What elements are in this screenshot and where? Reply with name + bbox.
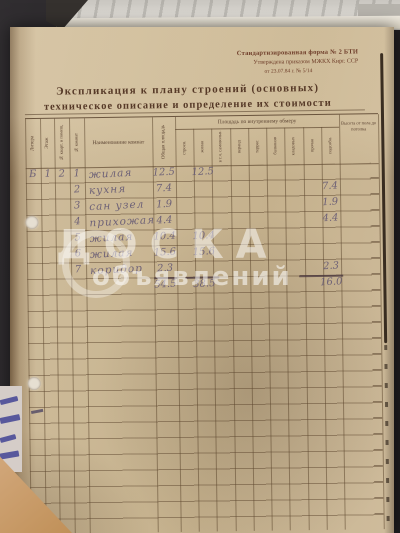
cell-obshch: 2.3 xyxy=(147,262,183,275)
column-header-etazh: Этаж xyxy=(40,119,55,168)
blue-ink-stroke xyxy=(0,450,19,459)
subcol-header: строен. xyxy=(175,129,194,166)
form-stamp: Стандартизированная форма № 2 БТИ Утверж… xyxy=(237,48,359,75)
subcol-header: веранд xyxy=(230,128,249,165)
blue-ink-stroke xyxy=(0,434,16,443)
stamp-line1: Стандартизированная форма № 2 БТИ xyxy=(237,48,358,58)
under-paper-blue-marks xyxy=(0,386,22,472)
subcol-header: прочая xyxy=(303,127,322,164)
cell-name: сан узел xyxy=(89,198,145,213)
rows-layer: Б121жилая12.512.52кухня7.47.43сан узел1.… xyxy=(26,163,384,533)
cell-obshch: 54.5 xyxy=(147,278,183,291)
totals-rule xyxy=(154,277,177,279)
cell-zhil: 10.4 xyxy=(185,230,221,243)
cell-obshch: 12.5 xyxy=(146,166,182,179)
crease-dashes xyxy=(384,345,390,528)
cell-obshch: 10.4 xyxy=(146,230,182,243)
blue-ink-stroke xyxy=(0,396,18,405)
subcol-header: балконов xyxy=(266,127,285,164)
cell-zhil: 15.6 xyxy=(186,246,222,259)
subcol-header: террас xyxy=(248,128,267,165)
cell-obshch: 1.9 xyxy=(146,198,182,211)
cell-name: кухня xyxy=(89,183,127,197)
cell-zhil: 38.5 xyxy=(186,278,222,291)
column-header-litera: Литера xyxy=(25,119,41,168)
column-header-komnat: № комнат xyxy=(69,118,85,167)
subcol-header: в т.ч. самовольн. xyxy=(212,128,231,165)
subcol-headers: строен.жилаяв т.ч. самовольн.верандтерра… xyxy=(175,127,340,166)
table-header: Литера Этаж № кварт. и помещ. № комнат Н… xyxy=(25,114,379,169)
cell-pods: 2.3 xyxy=(313,260,349,273)
subcol-header: жилая xyxy=(193,128,212,165)
subcol-header: подсобн. xyxy=(321,127,340,164)
watermark-logo-icon xyxy=(62,230,130,298)
document-photo: Стандартизированная форма № 2 БТИ Утверж… xyxy=(0,0,400,533)
column-header-obshchaya: Общая площадь xyxy=(152,117,176,166)
stamp-line3: от 23.07.84 г. № 5/14 xyxy=(237,67,358,76)
form-title: Экспликация к плану строений (основных) xyxy=(41,82,335,98)
subcol-header: кладовых xyxy=(284,127,303,164)
cell-pods: 4.4 xyxy=(312,212,348,225)
cell-pods: 7.4 xyxy=(312,180,348,193)
hole-punch xyxy=(28,377,41,390)
cell-obshch: 7.4 xyxy=(146,182,182,195)
cell-zhil: 12.5 xyxy=(185,166,221,179)
cell-pods: 16.0 xyxy=(313,276,349,289)
column-header-name: Наименование комнат xyxy=(84,117,153,167)
cell-pods: 1.9 xyxy=(312,196,348,209)
cell-name: жилая xyxy=(89,167,133,181)
explication-table: Литера Этаж № кварт. и помещ. № комнат Н… xyxy=(25,113,384,533)
cell-obshch: 15.6 xyxy=(147,246,183,259)
hole-punch xyxy=(25,216,38,229)
column-header-kvart: № кварт. и помещ. xyxy=(54,118,70,167)
blue-ink-stroke xyxy=(0,414,20,424)
cell-obshch: 4.4 xyxy=(146,214,182,227)
column-header-height: Высота от пола до потолка xyxy=(339,114,379,164)
table-body: Б121жилая12.512.52кухня7.47.43сан узел1.… xyxy=(26,163,384,533)
